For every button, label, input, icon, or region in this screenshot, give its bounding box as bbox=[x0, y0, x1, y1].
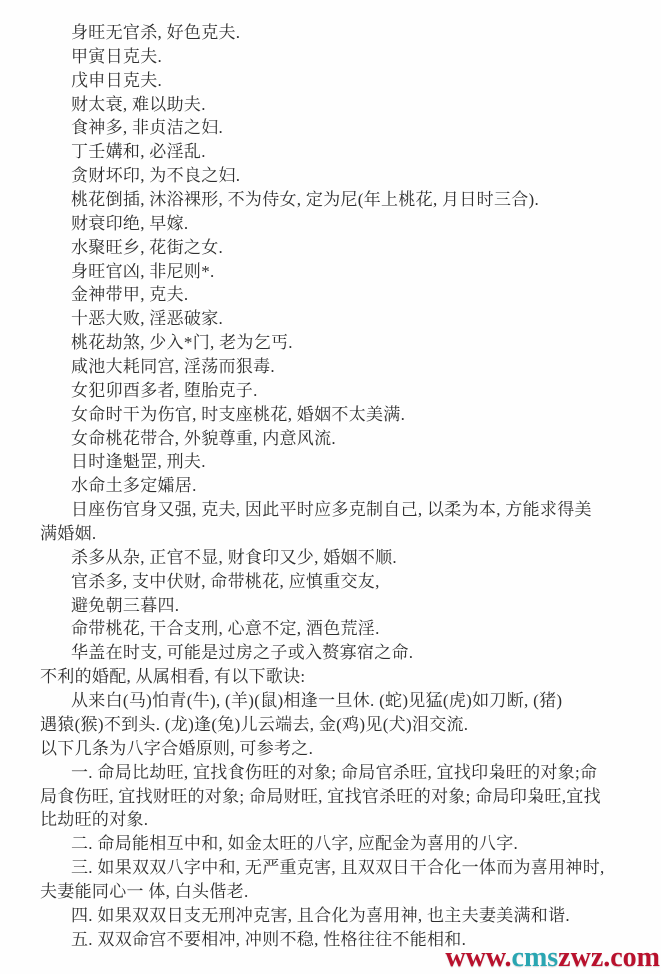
text-line: 不利的婚配, 从属相看, 有以下歌诀: bbox=[40, 665, 630, 689]
text-line: 女命桃花带合, 外貌尊重, 内意风流. bbox=[40, 427, 630, 451]
text-line: 满婚姻. bbox=[40, 522, 630, 546]
text-line: 一. 命局比劫旺, 宜找食伤旺的对象; 命局官杀旺, 宜找印枭旺的对象;命 bbox=[40, 761, 630, 785]
text-line: 从来白(马)怕青(牛), (羊)(鼠)相逢一旦休. (蛇)见猛(虎)如刀断, (… bbox=[40, 689, 630, 713]
text-line: 桃花劫煞, 少入*门, 老为乞丐. bbox=[40, 331, 630, 355]
text-line: 四. 如果双双日支无刑冲克害, 且合化为喜用神, 也主夫妻美满和谐. bbox=[40, 904, 630, 928]
text-line: 桃花倒插, 沐浴裸形, 不为侍女, 定为尼(年上桃花, 月日时三合). bbox=[40, 188, 630, 212]
text-line: 比劫旺的对象. bbox=[40, 808, 630, 832]
text-line: 二. 命局能相互中和, 如金太旺的八字, 应配金为喜用的八字. bbox=[40, 832, 630, 856]
text-line: 避免朝三暮四. bbox=[40, 594, 630, 618]
text-line: 咸池大耗同宫, 淫荡而狠毒. bbox=[40, 355, 630, 379]
text-line: 水聚旺乡, 花街之女. bbox=[40, 236, 630, 260]
text-line: 局食伤旺, 宜找财旺的对象; 命局财旺, 宜找官杀旺的对象; 命局印枭旺,宜找 bbox=[40, 785, 630, 809]
document-page: 身旺无官杀, 好色克夫.甲寅日克夫.戊申日克夫.财太衰, 难以助夫.食神多, 非… bbox=[0, 0, 661, 974]
watermark: www.cmszwz.com bbox=[445, 945, 660, 971]
text-line: 以下几条为八字合婚原则, 可参考之. bbox=[40, 737, 630, 761]
text-line: 夫妻能同心一 体, 白头偕老. bbox=[40, 880, 630, 904]
text-line: 金神带甲, 克夫. bbox=[40, 283, 630, 307]
text-line: 身旺官凶, 非尼则*. bbox=[40, 260, 630, 284]
text-line: 杀多从杂, 正官不显, 财食印又少, 婚姻不顺. bbox=[40, 546, 630, 570]
text-line: 日座伤官身又强, 克夫, 因此平时应多克制自己, 以柔为本, 方能求得美 bbox=[40, 498, 630, 522]
text-line: 日时逢魁罡, 刑夫. bbox=[40, 450, 630, 474]
text-line: 三. 如果双双八字中和, 无严重克害, 且双双日干合化一体而为喜用神时, bbox=[40, 856, 630, 880]
text-line: 戊申日克夫. bbox=[40, 69, 630, 93]
text-line: 官杀多, 支中伏财, 命带桃花, 应慎重交友, bbox=[40, 570, 630, 594]
document-text: 身旺无官杀, 好色克夫.甲寅日克夫.戊申日克夫.财太衰, 难以助夫.食神多, 非… bbox=[40, 21, 630, 952]
text-line: 丁壬媾和, 必淫乱. bbox=[40, 140, 630, 164]
text-line: 女犯卯酉多者, 堕胎克子. bbox=[40, 379, 630, 403]
text-line: 十恶大败, 淫恶破家. bbox=[40, 307, 630, 331]
text-line: 甲寅日克夫. bbox=[40, 45, 630, 69]
text-line: 食神多, 非贞洁之妇. bbox=[40, 116, 630, 140]
text-line: 华盖在时支, 可能是过房之子或入赘寡宿之命. bbox=[40, 641, 630, 665]
text-line: 女命时干为伤官, 时支座桃花, 婚姻不太美满. bbox=[40, 403, 630, 427]
text-line: 贪财坏印, 为不良之妇. bbox=[40, 164, 630, 188]
watermark-segment: cms bbox=[512, 942, 559, 973]
text-line: 财衰印绝, 早嫁. bbox=[40, 212, 630, 236]
text-line: 命带桃花, 干合支刑, 心意不定, 酒色荒淫. bbox=[40, 617, 630, 641]
text-line: 遇猿(猴)不到头. (龙)逢(兔)儿云端去, 金(鸡)见(犬)泪交流. bbox=[40, 713, 630, 737]
text-line: 水命土多定孀居. bbox=[40, 474, 630, 498]
text-line: 财太衰, 难以助夫. bbox=[40, 93, 630, 117]
text-line: 身旺无官杀, 好色克夫. bbox=[40, 21, 630, 45]
watermark-segment: www. bbox=[445, 942, 511, 973]
watermark-segment: zwz.com bbox=[558, 942, 660, 973]
